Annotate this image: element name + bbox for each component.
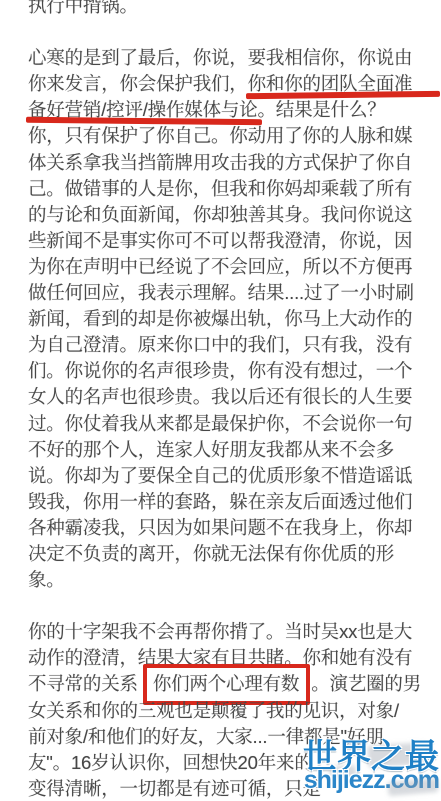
text-segment: 你的十字架我不会再帮你揹了。当时吴xx也是大 bbox=[28, 621, 412, 642]
text-segment: 。演艺圈的男 bbox=[311, 673, 421, 694]
text-segment: 女人的名声也很珍贵。我以后还有很长的人生要 bbox=[28, 386, 412, 407]
text-segment: 女关系和你的三观也是颠覆了我的见识，对象/ bbox=[28, 700, 399, 721]
document-text: 执行中揹锅。心寒的是到了最后，你说，要我相信你，你说由你来发言，你会保护我们，你… bbox=[28, 0, 421, 801]
text-line: 过。你仗着我从来都是最保护你，不会说你一句 bbox=[28, 411, 421, 437]
text-line: 们。你说你的名声很珍贵，你有没有想过，一个 bbox=[28, 358, 421, 384]
text-segment: 执行中揹锅。 bbox=[28, 0, 138, 16]
text-line: 象。 bbox=[28, 567, 421, 593]
text-line: 执行中揹锅。 bbox=[28, 0, 421, 19]
text-line: 己。做错事的人是你，但我和你妈却乘载了所有 bbox=[28, 176, 421, 202]
text-segment: 的与论和负面新闻，你却独善其身。我问你说这 bbox=[28, 204, 412, 225]
text-line: 心寒的是到了最后，你说，要我相信你，你说由 bbox=[28, 45, 421, 71]
text-segment: 过。你仗着我从来都是最保护你，不会说你一句 bbox=[28, 413, 412, 434]
text-line: 些新闻不是事实你可不可以帮我澄清，你说，因 bbox=[28, 228, 421, 254]
text-line: 不寻常的关系你们两个心理有数。演艺圈的男 bbox=[28, 671, 421, 697]
text-segment: 你，只有保护了你自己。你动用了你的人脉和媒 bbox=[28, 125, 412, 146]
text-segment: 为自己澄清。原来你口中的我们，只有我，没有 bbox=[28, 334, 412, 355]
text-line: 备好营销/控评/操作媒体与论。结果是什么？ bbox=[28, 97, 421, 123]
text-segment: 你来发言，你会保护我们， bbox=[28, 73, 248, 94]
text-segment: 心寒的是到了最后，你说，要我相信你，你说由 bbox=[28, 47, 412, 68]
text-line: 为自己澄清。原来你口中的我们，只有我，没有 bbox=[28, 332, 421, 358]
text-segment: 己。做错事的人是你，但我和你妈却乘载了所有 bbox=[28, 178, 412, 199]
text-segment: 友"。16岁认识你，回想快20年来的 bbox=[28, 752, 313, 773]
text-line: 毁我，你用一样的套路，躲在亲友后面透过他们 bbox=[28, 489, 421, 515]
text-segment: 决定不负责的离开，你就无法保有你优质的形 bbox=[28, 543, 394, 564]
text-segment: 毁我，你用一样的套路，躲在亲友后面透过他们 bbox=[28, 491, 412, 512]
text-line: 你，只有保护了你自己。你动用了你的人脉和媒 bbox=[28, 123, 421, 149]
text-line: 体关系拿我当挡箭牌用攻击我的方式保护了你自 bbox=[28, 150, 421, 176]
text-segment: 新闻，看到的却是你被爆出轨，你马上大动作的 bbox=[28, 308, 412, 329]
text-line: 决定不负责的离开，你就无法保有你优质的形 bbox=[28, 541, 421, 567]
text-segment: 不寻常的关系 bbox=[28, 673, 138, 694]
text-segment: 体关系拿我当挡箭牌用攻击我的方式保护了你自 bbox=[28, 152, 412, 173]
text-line: 各种霸凌我，只因为如果问题不在我身上，你却 bbox=[28, 515, 421, 541]
text-line: 你的十字架我不会再帮你揹了。当时吴xx也是大 bbox=[28, 619, 421, 645]
text-segment: 。结果是什么？ bbox=[257, 99, 385, 120]
text-segment: 说。你却为了要保全自己的优质形象不惜造谣诋 bbox=[28, 465, 412, 486]
paragraph: 心寒的是到了最后，你说，要我相信你，你说由你来发言，你会保护我们，你和你的团队全… bbox=[28, 45, 421, 593]
text-line: 做任何回应，我表示理解。结果....过了一小时刷 bbox=[28, 280, 421, 306]
text-segment: 象。 bbox=[28, 569, 65, 590]
text-segment: 些新闻不是事实你可不可以帮我澄清，你说，因 bbox=[28, 230, 412, 251]
text-segment: 不好的那个人，连家人好朋友我都从来不会多 bbox=[28, 439, 394, 460]
red-underline-highlight: 你和你的团队全面准 bbox=[248, 73, 413, 94]
site-watermark: 世界之最 shijiezz.com bbox=[303, 740, 439, 793]
red-underline-highlight: 备好营销/控评/操作媒体与论 bbox=[28, 99, 257, 120]
text-segment: 们。你说你的名声很珍贵，你有没有想过，一个 bbox=[28, 360, 412, 381]
text-line: 你来发言，你会保护我们，你和你的团队全面准 bbox=[28, 71, 421, 97]
text-line: 女人的名声也很珍贵。我以后还有很长的人生要 bbox=[28, 384, 421, 410]
text-segment: 变得清晰，一切都是有迹可循，只是 bbox=[28, 778, 321, 799]
text-line: 说。你却为了要保全自己的优质形象不惜造谣诋 bbox=[28, 463, 421, 489]
text-line: 女关系和你的三观也是颠覆了我的见识，对象/ bbox=[28, 698, 421, 724]
paragraph: 执行中揹锅。 bbox=[28, 0, 421, 19]
text-segment: 各种霸凌我，只因为如果问题不在我身上，你却 bbox=[28, 517, 412, 538]
text-line: 新闻，看到的却是你被爆出轨，你马上大动作的 bbox=[28, 306, 421, 332]
text-line: 的与论和负面新闻，你却独善其身。我问你说这 bbox=[28, 202, 421, 228]
text-segment: 为你在声明中已经说了不会回应，所以不方便再 bbox=[28, 256, 412, 277]
text-line: 不好的那个人，连家人好朋友我都从来不会多 bbox=[28, 437, 421, 463]
text-line: 为你在声明中已经说了不会回应，所以不方便再 bbox=[28, 254, 421, 280]
screenshot-page: 执行中揹锅。心寒的是到了最后，你说，要我相信你，你说由你来发言，你会保护我们，你… bbox=[0, 0, 441, 801]
text-segment: 做任何回应，我表示理解。结果....过了一小时刷 bbox=[28, 282, 414, 303]
watermark-site-url: shijiezz.com bbox=[303, 768, 439, 793]
